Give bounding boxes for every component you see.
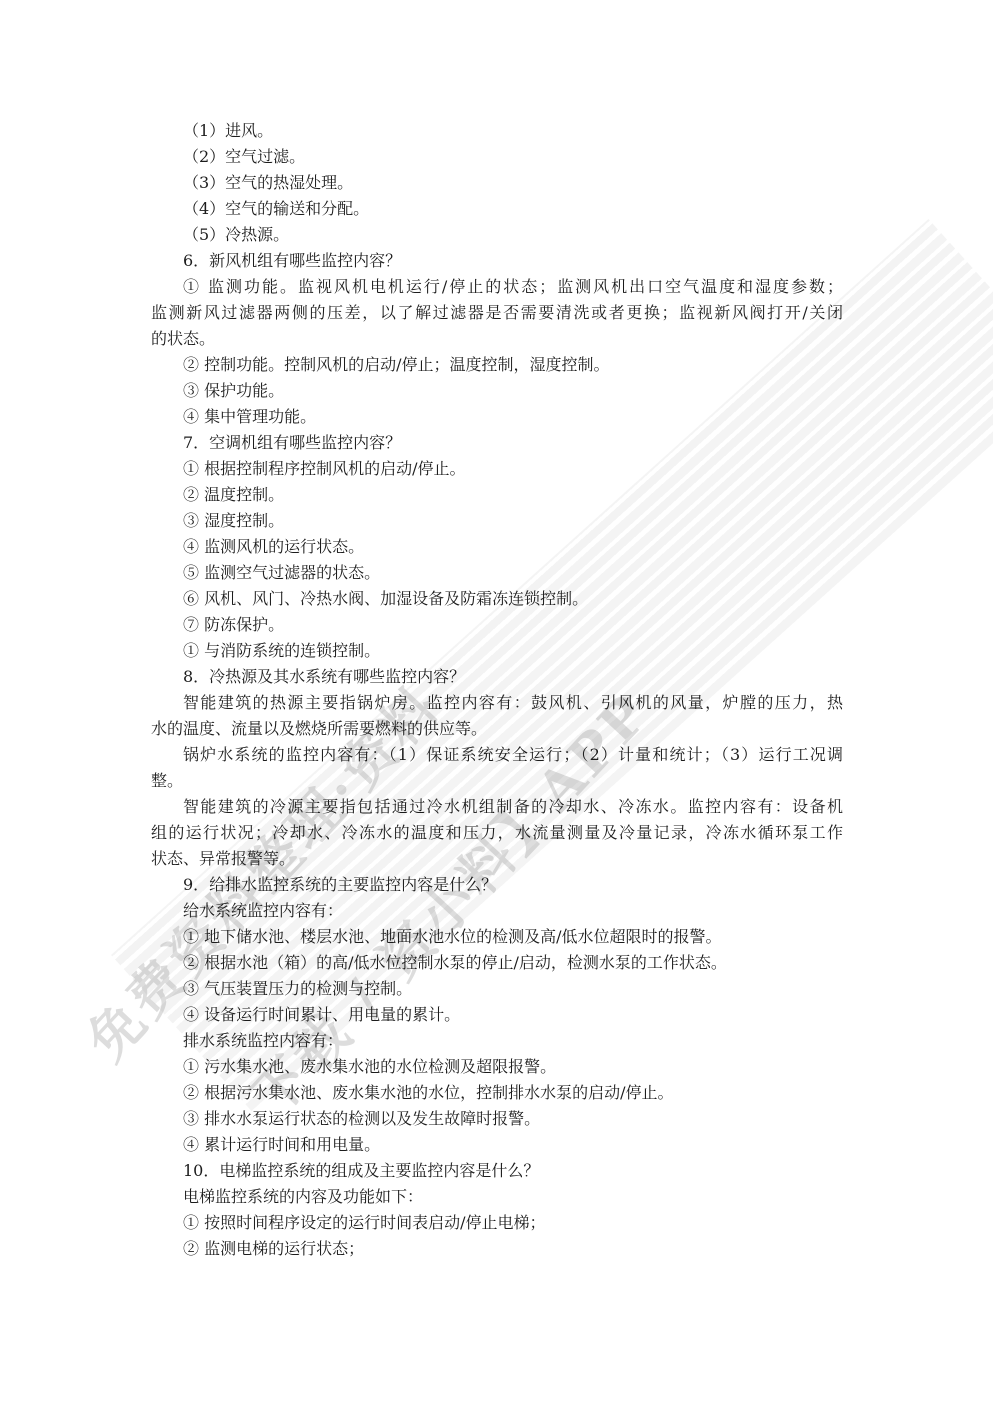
text-line: ① 地下储水池、楼层水池、地面水池水位的检测及高/低水位超限时的报警。 [151, 924, 843, 950]
text-line: 6．新风机组有哪些监控内容？ [151, 248, 843, 274]
text-line: ③ 排水水泵运行状态的检测以及发生故障时报警。 [151, 1106, 843, 1132]
text-line: 智能建筑的冷源主要指包括通过冷水机组制备的冷却水、冷冻水。监控内容有：设备机 [151, 794, 843, 820]
text-line: （4）空气的输送和分配。 [151, 196, 843, 222]
document-page: 免费资料整理·资料 下载 / 资小料】APP （1）进风。（2）空气过滤。（3）… [0, 0, 993, 1404]
text-line: ③ 保护功能。 [151, 378, 843, 404]
text-line: ③ 湿度控制。 [151, 508, 843, 534]
text-line: 整。 [151, 768, 843, 794]
text-line: 给水系统监控内容有： [151, 898, 843, 924]
text-line: ① 按照时间程序设定的运行时间表启动/停止电梯； [151, 1210, 843, 1236]
text-line: ① 污水集水池、废水集水池的水位检测及超限报警。 [151, 1054, 843, 1080]
text-line: 7．空调机组有哪些监控内容？ [151, 430, 843, 456]
text-line: ① 监测功能。监视风机电机运行/停止的状态；监测风机出口空气温度和湿度参数； [151, 274, 843, 300]
text-line: 水的温度、流量以及燃烧所需要燃料的供应等。 [151, 716, 843, 742]
text-line: 8．冷热源及其水系统有哪些监控内容？ [151, 664, 843, 690]
text-line: 智能建筑的热源主要指锅炉房。监控内容有：鼓风机、引风机的风量，炉膛的压力，热 [151, 690, 843, 716]
text-line: 的状态。 [151, 326, 843, 352]
text-line: 10．电梯监控系统的组成及主要监控内容是什么？ [151, 1158, 843, 1184]
text-line: ④ 累计运行时间和用电量。 [151, 1132, 843, 1158]
text-line: ② 控制功能。控制风机的启动/停止；温度控制，湿度控制。 [151, 352, 843, 378]
text-line: ① 根据控制程序控制风机的启动/停止。 [151, 456, 843, 482]
text-line: （2）空气过滤。 [151, 144, 843, 170]
document-body: （1）进风。（2）空气过滤。（3）空气的热湿处理。（4）空气的输送和分配。（5）… [151, 118, 843, 1262]
text-line: （1）进风。 [151, 118, 843, 144]
text-line: （3）空气的热湿处理。 [151, 170, 843, 196]
text-line: 组的运行状况；冷却水、冷冻水的温度和压力，水流量测量及冷量记录，冷冻水循环泵工作 [151, 820, 843, 846]
text-line: ④ 集中管理功能。 [151, 404, 843, 430]
text-line: 排水系统监控内容有： [151, 1028, 843, 1054]
text-line: ④ 设备运行时间累计、用电量的累计。 [151, 1002, 843, 1028]
text-line: 监测新风过滤器两侧的压差，以了解过滤器是否需要清洗或者更换；监视新风阀打开/关闭 [151, 300, 843, 326]
text-line: ② 根据水池（箱）的高/低水位控制水泵的停止/启动，检测水泵的工作状态。 [151, 950, 843, 976]
text-line: 状态、异常报警等。 [151, 846, 843, 872]
text-line: ⑦ 防冻保护。 [151, 612, 843, 638]
text-line: （5）冷热源。 [151, 222, 843, 248]
text-line: 9．给排水监控系统的主要监控内容是什么？ [151, 872, 843, 898]
text-line: ② 温度控制。 [151, 482, 843, 508]
text-line: ① 与消防系统的连锁控制。 [151, 638, 843, 664]
text-line: 锅炉水系统的监控内容有：（1）保证系统安全运行；（2）计量和统计；（3）运行工况… [151, 742, 843, 768]
text-line: ② 根据污水集水池、废水集水池的水位，控制排水水泵的启动/停止。 [151, 1080, 843, 1106]
text-line: ③ 气压装置压力的检测与控制。 [151, 976, 843, 1002]
text-line: ⑤ 监测空气过滤器的状态。 [151, 560, 843, 586]
text-line: ④ 监测风机的运行状态。 [151, 534, 843, 560]
text-line: ⑥ 风机、风门、冷热水阀、加湿设备及防霜冻连锁控制。 [151, 586, 843, 612]
text-line: 电梯监控系统的内容及功能如下： [151, 1184, 843, 1210]
text-line: ② 监测电梯的运行状态； [151, 1236, 843, 1262]
